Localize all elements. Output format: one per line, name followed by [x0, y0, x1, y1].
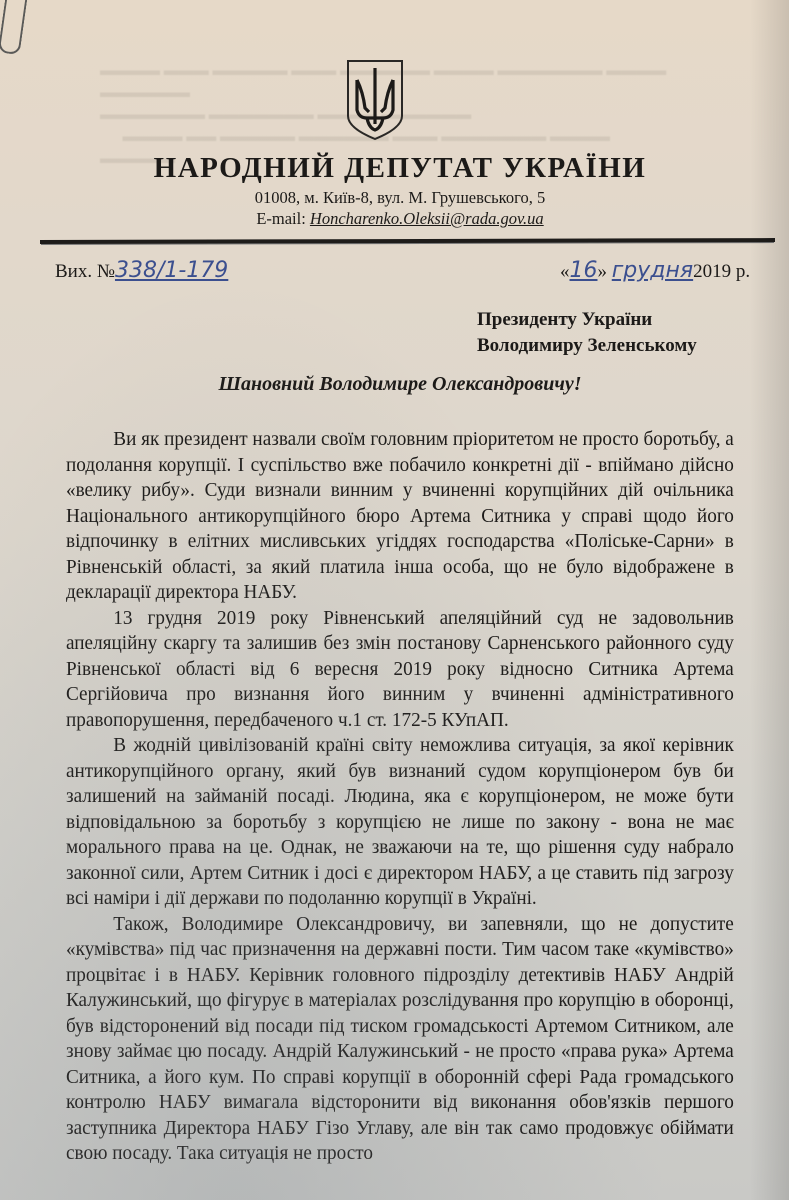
date-quote-open: «: [560, 261, 570, 282]
outgoing-number-handwritten: 338/1-179: [115, 258, 228, 283]
salutation: Шановний Володимире Олександровичу!: [0, 373, 789, 396]
letterhead-title: НАРОДНИЙ ДЕПУТАТ УКРАЇНИ: [0, 152, 789, 185]
letter-body: Ви як президент назвали своїм головним п…: [66, 427, 734, 1167]
outgoing-number: Вих. №338/1-179: [55, 258, 228, 283]
paragraph-4: Також, Володимире Олександровичу, ви зап…: [66, 912, 734, 1167]
addressee-line-1: Президенту України: [477, 307, 697, 333]
addressee-line-2: Володимиру Зеленському: [477, 333, 697, 359]
paragraph-3: В жодній цивілізованій країні світу немо…: [66, 733, 734, 912]
letterhead-address: 01008, м. Київ-8, вул. М. Грушевського, …: [0, 188, 789, 208]
addressee-block: Президенту України Володимиру Зеленськом…: [477, 307, 697, 359]
email-link[interactable]: Honcharenko.Oleksii@rada.gov.ua: [310, 209, 544, 228]
paperclip: [0, 0, 28, 55]
paragraph-2: 13 грудня 2019 року Рівненський апеляцій…: [66, 606, 734, 734]
header-divider: [40, 238, 775, 244]
date-month-handwritten: грудня: [612, 258, 693, 283]
letterhead-email-line: E-mail: Honcharenko.Oleksii@rada.gov.ua: [0, 209, 789, 229]
ukraine-coat-of-arms-icon: [345, 58, 405, 142]
date-year: 2019 р.: [693, 261, 750, 282]
date-quote-close: »: [598, 261, 608, 282]
paragraph-1: Ви як президент назвали своїм головним п…: [66, 427, 734, 606]
letter-date: «16» грудня2019 р.: [560, 258, 750, 283]
outgoing-label: Вих. №: [55, 261, 115, 282]
date-day-handwritten: 16: [570, 258, 598, 283]
email-label: E-mail:: [256, 209, 310, 228]
